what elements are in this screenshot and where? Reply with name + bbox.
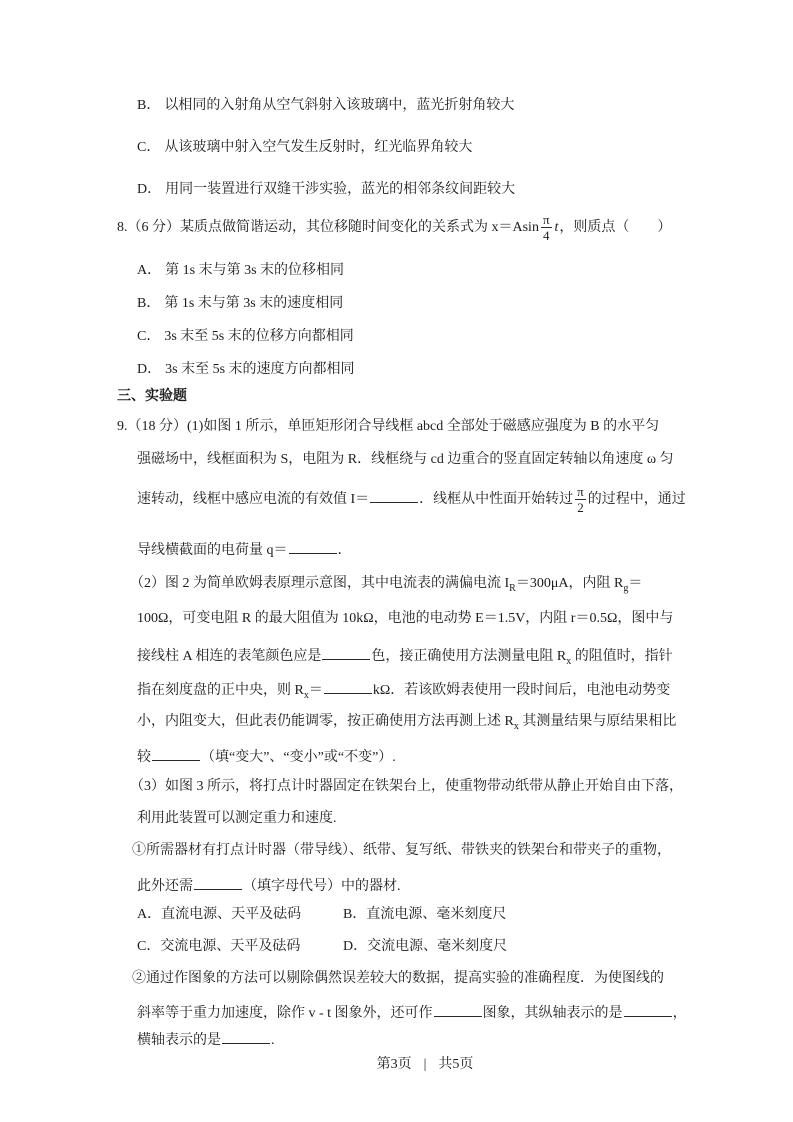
option-label: D．: [137, 362, 161, 377]
q8-stem-tail: ，则质点（ ）: [559, 220, 671, 235]
q9-p2-line3-seg: 接线柱 A 相连的表笔颜色应是: [137, 649, 321, 664]
option-label: C．: [137, 140, 160, 155]
q8-stem: 8.（6 分）某质点做简谐运动，其位移随时间变化的关系式为 x＝Asinπ4t，…: [117, 210, 733, 246]
q7-option-b: B．以相同的入射角从空气斜射入该玻璃中，蓝光折射角较大: [137, 98, 733, 114]
q9-p3-options-ab: A．直流电源、天平及砝码B．直流电源、毫米刻度尺: [137, 907, 733, 923]
q9-p2-line4-seg: ＝: [309, 683, 323, 698]
q7-option-d: D．用同一装置进行双缝干涉实验，蓝光的相邻条纹间距较大: [137, 182, 733, 198]
q9-p3-sub2-line1: ②通过作图象的方法可以剔除偶然误差较大的数据，提高实验的准确程度．为使图线的: [132, 971, 733, 987]
q9-p2-line5-seg: 小，内阻变大，但此表仍能调零，按正确使用方法再测上述 R: [137, 714, 514, 729]
q9-p2-line1-seg: （2）图 2 为简单欧姆表原理示意图，其中电流表的满偏电流 I: [130, 576, 509, 591]
answer-blank: [289, 540, 337, 554]
q9-p2-line3-seg: 色，接正确使用方法测量电阻 R: [371, 649, 566, 664]
q8-option-a: A．第 1s 末与第 3s 末的位移相同: [137, 263, 733, 279]
footer-separator: |: [424, 1057, 427, 1072]
q9-p1-line3-mid: ．线框从中性面开始转过: [419, 492, 573, 507]
footer-page-number: 第3页: [377, 1057, 412, 1072]
q9-p3-sub2-line3-seg: .: [271, 1033, 275, 1048]
q9-p1-line1: 9.（18 分）(1)如图 1 所示，单匝矩形闭合导线框 abcd 全部处于磁感…: [117, 419, 733, 435]
q9-p1-line2: 强磁场中，线框面积为 S，电阻为 R．线框绕与 cd 边重合的竖直固定转轴以角速…: [137, 452, 733, 468]
q9-p3-sub2-line2-seg: ，: [673, 1006, 687, 1021]
section-heading-experiments: 三、实验题: [117, 389, 733, 405]
fraction-pi-over-4: π4: [541, 212, 552, 243]
answer-blank: [222, 1030, 270, 1044]
fraction-numerator: π: [575, 484, 586, 499]
q9-p2-line1-seg: ＝300μA，内阻 R: [516, 576, 623, 591]
option-label: A．: [137, 263, 161, 278]
exam-page: B．以相同的入射角从空气斜射入该玻璃中，蓝光折射角较大 C．从该玻璃中射入空气发…: [0, 0, 793, 1122]
q9-p2-line1: （2）图 2 为简单欧姆表原理示意图，其中电流表的满偏电流 IR＝300μA，内…: [130, 576, 733, 592]
q9-p1-line4: 导线横截面的电荷量 q＝．: [137, 540, 733, 556]
option-label: D．: [137, 182, 161, 197]
q9-p2-line5: 小，内阻变大，但此表仍能调零，按正确使用方法再测上述 Rx 其测量结果与原结果相…: [137, 714, 733, 730]
answer-blank: [324, 680, 372, 694]
q9-p1-line3: 速转动，线框中感应电流的有效值 I＝．线框从中性面开始转过π2的过程中，通过: [137, 482, 733, 518]
q8-option-c: C．3s 末至 5s 末的位移方向都相同: [137, 329, 733, 345]
q9-p2-line6-seg: 较: [137, 750, 151, 765]
q9-p3-option-d: D．交流电源、毫米刻度尺: [343, 939, 507, 954]
q9-p3-sub2-line3: 横轴表示的是.: [137, 1030, 733, 1046]
q9-p3-sub1-line2-seg: 此外还需: [137, 879, 193, 894]
answer-blank: [624, 1003, 672, 1017]
answer-blank: [194, 876, 242, 890]
option-text: 第 1s 末与第 3s 末的速度相同: [164, 296, 343, 311]
q9-p2-line3-seg: 的阻值时，指针: [571, 649, 673, 664]
q9-p2-line2: 100Ω，可变电阻 R 的最大阻值为 10kΩ，电池的电动势 E＝1.5V，内阻…: [137, 611, 733, 627]
option-label: B．: [137, 98, 160, 113]
q9-p3-sub1-line2-seg: （填字母代号）中的器材.: [243, 879, 401, 894]
fraction-numerator: π: [541, 212, 552, 227]
fraction-denominator: 4: [541, 227, 552, 243]
footer-total-pages: 共5页: [438, 1057, 473, 1072]
q9-p1-line3-post: 的过程中，通过: [588, 492, 686, 507]
option-text: 3s 末至 5s 末的速度方向都相同: [165, 362, 354, 377]
q9-p1-line3-pre: 速转动，线框中感应电流的有效值 I＝: [137, 492, 369, 507]
q9-p2-line1-seg: ＝: [628, 576, 642, 591]
q7-option-c: C．从该玻璃中射入空气发生反射时，红光临界角较大: [137, 140, 733, 156]
option-text: 从该玻璃中射入空气发生反射时，红光临界角较大: [164, 140, 472, 155]
q9-p3-option-c: C．交流电源、天平及砝码: [137, 939, 343, 955]
answer-blank: [152, 747, 200, 761]
option-label: B．: [137, 296, 160, 311]
q8-stem-text: 8.（6 分）某质点做简谐运动，其位移随时间变化的关系式为 x＝Asin: [117, 220, 539, 235]
q8-option-d: D．3s 末至 5s 末的速度方向都相同: [137, 362, 733, 378]
q9-p3-sub2-line2-seg: 斜率等于重力加速度，除作 v - t 图象外，还可作: [137, 1006, 433, 1021]
fraction-pi-over-2: π2: [575, 484, 586, 515]
subscript-R: R: [509, 583, 516, 594]
q8-variable-t: t: [555, 220, 559, 235]
q9-p1-line4-post: ．: [338, 543, 352, 558]
q9-p3-sub1-line1: ①所需器材有打点计时器（带导线）、纸带、复写纸、带铁夹的铁架台和带夹子的重物，: [132, 843, 733, 859]
fraction-denominator: 2: [575, 499, 586, 515]
q9-p3-options-cd: C．交流电源、天平及砝码D．交流电源、毫米刻度尺: [137, 939, 733, 955]
option-text: 3s 末至 5s 末的位移方向都相同: [164, 329, 353, 344]
q9-p3-sub1-line2: 此外还需（填字母代号）中的器材.: [137, 876, 733, 892]
option-text: 第 1s 末与第 3s 末的位移相同: [165, 263, 344, 278]
q9-p3-sub2-line2-seg: 图象，其纵轴表示的是: [483, 1006, 623, 1021]
option-text: 以相同的入射角从空气斜射入该玻璃中，蓝光折射角较大: [164, 98, 514, 113]
q9-p2-line6-seg: （填“变大”、“变小”或“不变”）.: [201, 750, 396, 765]
answer-blank: [434, 1003, 482, 1017]
q9-p3-line1: （3）如图 3 所示，将打点计时器固定在铁架台上，使重物带动纸带从静止开始自由下…: [130, 779, 733, 795]
page-footer: 第3页|共5页: [117, 1057, 733, 1073]
q9-p2-line4: 指在刻度盘的正中央，则 Rx＝kΩ．若该欧姆表使用一段时间后，电池电动势变: [137, 680, 733, 696]
q9-p3-line2: 利用此装置可以测定重力和速度.: [137, 811, 733, 827]
q9-p2-line6: 较（填“变大”、“变小”或“不变”）.: [137, 747, 733, 763]
q9-p3-sub2-line2: 斜率等于重力加速度，除作 v - t 图象外，还可作图象，其纵轴表示的是，: [137, 1003, 733, 1019]
option-text: 用同一装置进行双缝干涉实验，蓝光的相邻条纹间距较大: [165, 182, 515, 197]
q9-p2-line3: 接线柱 A 相连的表笔颜色应是色，接正确使用方法测量电阻 Rx 的阻值时，指针: [137, 646, 733, 662]
option-label: C．: [137, 329, 160, 344]
q9-p3-option-b: B．直流电源、毫米刻度尺: [343, 907, 506, 922]
q8-option-b: B．第 1s 末与第 3s 末的速度相同: [137, 296, 733, 312]
q9-p2-line5-seg: 其测量结果与原结果相比: [519, 714, 677, 729]
answer-blank: [322, 646, 370, 660]
q9-p1-line4-pre: 导线横截面的电荷量 q＝: [137, 543, 288, 558]
answer-blank: [370, 489, 418, 503]
q9-p3-option-a: A．直流电源、天平及砝码: [137, 907, 343, 923]
q9-p3-sub2-line3-seg: 横轴表示的是: [137, 1033, 221, 1048]
q9-p2-line4-seg: kΩ．若该欧姆表使用一段时间后，电池电动势变: [373, 683, 670, 698]
q9-p2-line4-seg: 指在刻度盘的正中央，则 R: [137, 683, 304, 698]
